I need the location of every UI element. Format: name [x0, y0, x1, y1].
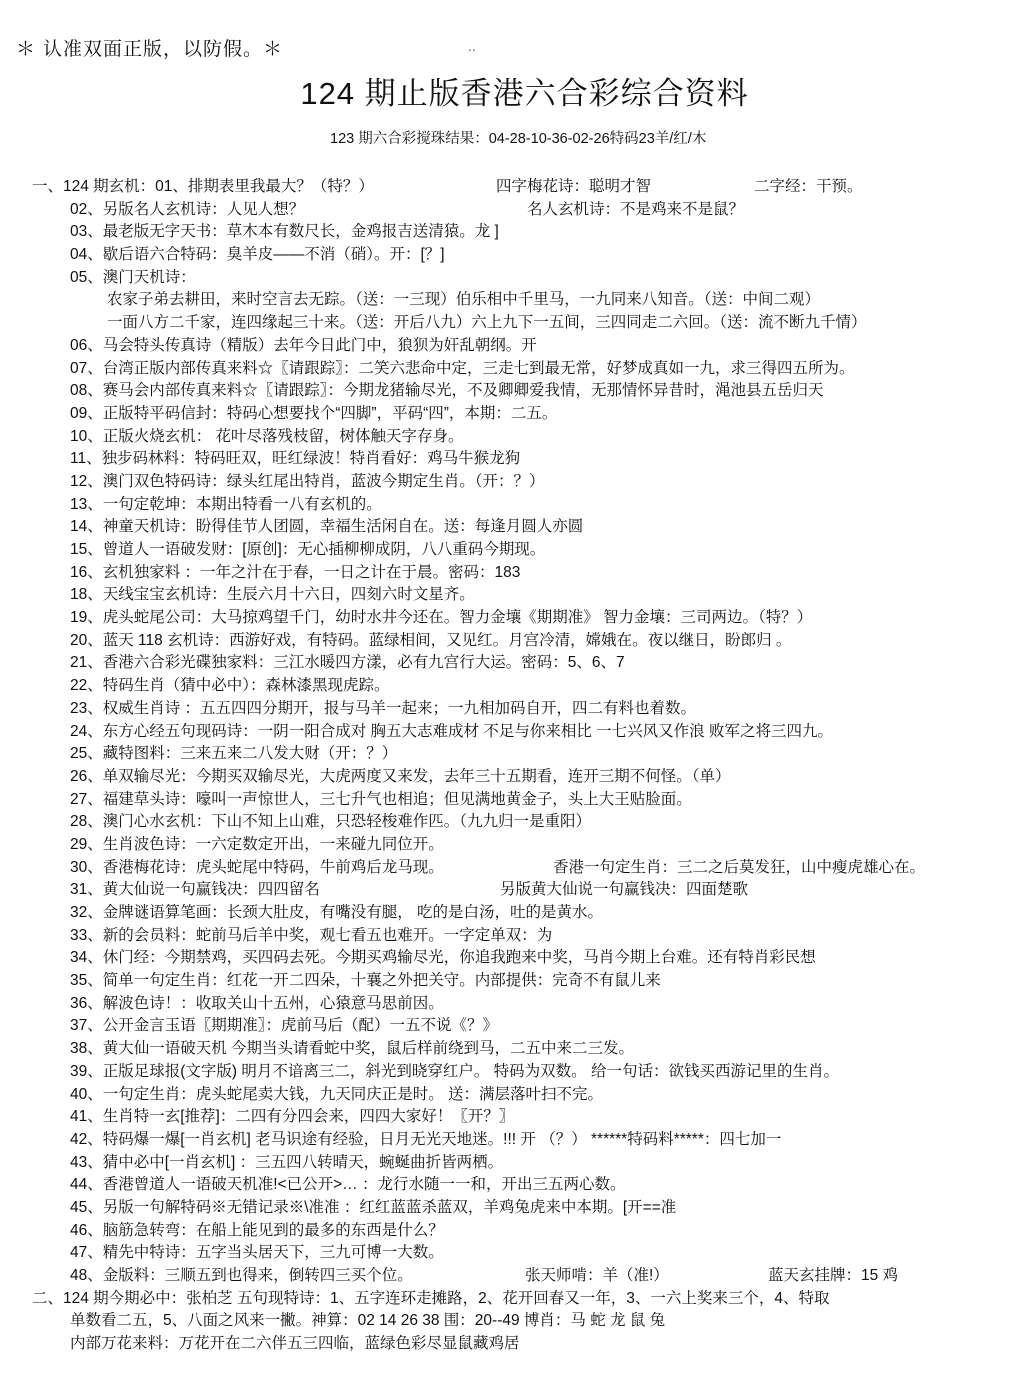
text-segment: 09、正版特平码信封：特码心想要找个“四脚”，平码“四”，本期：二五。: [70, 403, 557, 426]
text-line: 35、简单一句定生肖：红花一开二四朵，十襄之外把关守。内部提供：完奇不有鼠儿来: [0, 970, 1021, 993]
text-line: 06、马会特头传真诗（精版）去年今日此门中，狼狈为奸乱朝纲。开: [0, 335, 1021, 358]
text-line: 02、另版名人玄机诗：人见人想？名人玄机诗：不是鸡来不是鼠？: [0, 199, 1021, 222]
text-segment: 15、曾道人一语破发财：[原创]：无心插柳柳成阴，八八重码今期现。: [70, 539, 545, 562]
text-line: 04、歇后语六合特码：臭羊皮——不消（硝）。开：[？]: [0, 244, 1021, 267]
text-segment: 14、神童天机诗：盼得佳节人团圆，幸福生活闲自在。送：每逢月圆人亦圆: [70, 516, 583, 539]
text-segment: 单数看二五，5、八面之风来一撇。神算：02 14 26 38 围：20--49 …: [70, 1310, 665, 1333]
text-segment: 27、福建草头诗：嚎叫一声惊世人，三七升气也相追；但见满地黄金子，头上大王贴脸面…: [70, 789, 692, 812]
text-segment: 32、金牌谜语算笔画：长颈大肚皮，有嘴没有腿， 吃的是白汤，吐的是黄水。: [70, 902, 603, 925]
text-segment: 30、香港梅花诗：虎头蛇尾中特码，牛前鸡后龙马现。: [70, 857, 444, 880]
text-line: 一、124 期玄机：01、排期表里我最大？（特？）四字梅花诗：聪明才智二字经：干…: [0, 176, 1021, 199]
text-segment: 31、黄大仙说一句赢钱决：四四留名: [70, 879, 320, 902]
text-line: 单数看二五，5、八面之风来一撇。神算：02 14 26 38 围：20--49 …: [0, 1310, 1021, 1333]
text-segment: 蓝天玄挂牌：15 鸡: [768, 1265, 898, 1288]
text-line: 39、正版足球报(文字版) 明月不谙离三二，斜光到晓穿红户。 特码为双数。 给一…: [0, 1061, 1021, 1084]
text-segment: 16、玄机独家料 ：一年之汁在于春，一日之计在于晨。密码：183: [70, 562, 520, 585]
text-segment: 37、公开金言玉语〖期期准〗：虎前马后（配）一五不说《？》: [70, 1015, 498, 1038]
text-segment: 22、特码生肖（猜中必中）：森林漆黑现虎踪。: [70, 675, 390, 698]
text-segment: 张天师啃：羊（准!）: [525, 1265, 669, 1288]
text-line: 29、生肖波色诗：一六定数定开出，一来碰九同位开。: [0, 834, 1021, 857]
authenticity-note: ＊ 认准双面正版，以防假。＊: [16, 34, 283, 61]
text-line: 11、独步码林料：特码旺双，旺红绿波！特肖看好：鸡马牛猴龙狗: [0, 448, 1021, 471]
text-line: 12、澳门双色特码诗：绿头红尾出特肖，蓝波今期定生肖。（开：？）: [0, 471, 1021, 494]
text-segment: 20、蓝天 118 玄机诗：西游好戏，有特码。蓝绿相间，又见红。月宫冷清，嫦娥在…: [70, 630, 791, 653]
text-line: 43、猜中必中[一肖玄机] ：三五四八转晴天，蜿蜒曲折皆两栖。: [0, 1152, 1021, 1175]
text-line: 27、福建草头诗：嚎叫一声惊世人，三七升气也相追；但见满地黄金子，头上大王贴脸面…: [0, 789, 1021, 812]
text-line: 36、解波色诗！：收取关山十五州，心猿意马思前因。: [0, 993, 1021, 1016]
text-line: 37、公开金言玉语〖期期准〗：虎前马后（配）一五不说《？》: [0, 1015, 1021, 1038]
text-line: 07、台湾正版内部传真来料☆〖请跟踪〗：二笑六悲命中定，三走七到最无常，好梦成真…: [0, 358, 1021, 381]
text-line: 25、藏特图料：三来五来二八发大财（开：？）: [0, 743, 1021, 766]
text-segment: 内部万花来料：万花开在二六伴五三四临，蓝绿色彩尽显鼠藏鸡居: [70, 1333, 520, 1356]
text-segment: 40、一句定生肖：虎头蛇尾卖大钱，九天同庆正是时。 送：满层落叶扫不完。: [70, 1084, 603, 1107]
text-segment: 25、藏特图料：三来五来二八发大财（开：？）: [70, 743, 397, 766]
text-segment: 44、香港曾道人一语破天机准!<已公开>… ：龙行水随一一和，开出三五两心数。: [70, 1174, 625, 1197]
text-line: 28、澳门心水玄机：下山不知上山难，只恐轻梭难作匹。（九九归一是重阳）: [0, 811, 1021, 834]
text-line: 30、香港梅花诗：虎头蛇尾中特码，牛前鸡后龙马现。香港一句定生肖：三二之后莫发狂…: [0, 857, 1021, 880]
text-segment: 24、东方心经五句现码诗：一阴一阳合成对 胸五大志难成材 不足与你来相比 一七兴…: [70, 721, 833, 744]
text-line: 08、赛马会内部传真来料☆〖请跟踪〗：今期龙猪输尽光，不及卿卿爱我情，无那情怀异…: [0, 380, 1021, 403]
text-segment: 名人玄机诗：不是鸡来不是鼠？: [527, 199, 744, 222]
text-segment: 21、香港六合彩光碟独家料：三江水暖四方漾，必有九宫行大运。密码：5、6、7: [70, 652, 625, 675]
text-line: 19、虎头蛇尾公司：大马掠鸡望千门，幼时水井今还在。智力金壤《期期准》 智力金壤…: [0, 607, 1021, 630]
text-segment: 农家子弟去耕田，来时空言去无踪。（送：一三现）伯乐相中千里马，一九同来八知音。（…: [107, 289, 820, 312]
text-segment: 08、赛马会内部传真来料☆〖请跟踪〗：今期龙猪输尽光，不及卿卿爱我情，无那情怀异…: [70, 380, 824, 403]
text-segment: 43、猜中必中[一肖玄机] ：三五四八转晴天，蜿蜒曲折皆两栖。: [70, 1152, 503, 1175]
text-segment: 02、另版名人玄机诗：人见人想？: [70, 199, 304, 222]
text-line: 31、黄大仙说一句赢钱决：四四留名另版黄大仙说一句赢钱决：四面楚歌: [0, 879, 1021, 902]
text-line: 32、金牌谜语算笔画：长颈大肚皮，有嘴没有腿， 吃的是白汤，吐的是黄水。: [0, 902, 1021, 925]
decorative-dots: ..: [468, 40, 476, 54]
previous-draw-result: 123 期六合彩搅珠结果：04-28-10-36-02-26特码23羊/红/木: [330, 127, 706, 148]
text-line: 农家子弟去耕田，来时空言去无踪。（送：一三现）伯乐相中千里马，一九同来八知音。（…: [0, 289, 1021, 312]
text-segment: 一、124 期玄机：01、排期表里我最大？（特？）: [32, 176, 374, 199]
text-segment: 48、金版料：三顺五到也得来，倒转四三买个位。: [70, 1265, 413, 1288]
text-segment: 41、生肖特一玄[推荐]：二四有分四会来，四四大家好！〖开？〗: [70, 1106, 514, 1129]
text-segment: 29、生肖波色诗：一六定数定开出，一来碰九同位开。: [70, 834, 444, 857]
text-segment: 23、权威生肖诗 ：五五四四分期开，报与马羊一起来；一九相加码自开，四二有料也着…: [70, 698, 696, 721]
text-segment: 07、台湾正版内部传真来料☆〖请跟踪〗：二笑六悲命中定，三走七到最无常，好梦成真…: [70, 358, 855, 381]
text-line: 23、权威生肖诗 ：五五四四分期开，报与马羊一起来；一九相加码自开，四二有料也着…: [0, 698, 1021, 721]
text-line: 45、另版一句解特码※无错记录※\准准 ：红红蓝蓝杀蓝双，羊鸡兔虎来中本期。[开…: [0, 1197, 1021, 1220]
text-segment: 另版黄大仙说一句赢钱决：四面楚歌: [500, 879, 748, 902]
text-segment: 香港一句定生肖：三二之后莫发狂，山中瘦虎雄心在。: [553, 857, 925, 880]
text-line: 42、特码爆一爆[一肖玄机] 老马识途有经验，日月无光天地迷。!!! 开 （？）…: [0, 1129, 1021, 1152]
text-segment: 45、另版一句解特码※无错记录※\准准 ：红红蓝蓝杀蓝双，羊鸡兔虎来中本期。[开…: [70, 1197, 676, 1220]
text-line: 46、脑筋急转弯：在船上能见到的最多的东西是什么？: [0, 1220, 1021, 1243]
text-segment: 34、休门经：今期禁鸡，买四码去死。今期买鸡输尽光，你追我跑来中奖，马肖今期上台…: [70, 947, 816, 970]
text-line: 34、休门经：今期禁鸡，买四码去死。今期买鸡输尽光，你追我跑来中奖，马肖今期上台…: [0, 947, 1021, 970]
text-segment: 33、新的会员料：蛇前马后羊中奖，观七看五也难开。一字定单双：为: [70, 925, 552, 948]
text-line: 47、精先中特诗：五字当头居天下，三九可博一大数。: [0, 1242, 1021, 1265]
text-segment: 38、黄大仙一语破天机 今期当头请看蛇中奖，鼠后样前绕到马，二五中来二三发。: [70, 1038, 634, 1061]
text-line: 20、蓝天 118 玄机诗：西游好戏，有特码。蓝绿相间，又见红。月宫冷清，嫦娥在…: [0, 630, 1021, 653]
text-line: 15、曾道人一语破发财：[原创]：无心插柳柳成阴，八八重码今期现。: [0, 539, 1021, 562]
text-line: 05、澳门天机诗：: [0, 267, 1021, 290]
text-segment: 12、澳门双色特码诗：绿头红尾出特肖，蓝波今期定生肖。（开：？）: [70, 471, 545, 494]
text-line: 22、特码生肖（猜中必中）：森林漆黑现虎踪。: [0, 675, 1021, 698]
text-line: 16、玄机独家料 ：一年之汁在于春，一日之计在于晨。密码：183: [0, 562, 1021, 585]
text-line: 内部万花来料：万花开在二六伴五三四临，蓝绿色彩尽显鼠藏鸡居: [0, 1333, 1021, 1356]
text-line: 二、124 期今期必中：张柏芝 五句现特诗：1、五字连环走摊路，2、花开回春又一…: [0, 1288, 1021, 1311]
text-line: 13、一句定乾坤：本期出特看一八有玄机的。: [0, 494, 1021, 517]
text-segment: 四字梅花诗：聪明才智: [496, 176, 651, 199]
text-line: 48、金版料：三顺五到也得来，倒转四三买个位。张天师啃：羊（准!）蓝天玄挂牌：1…: [0, 1265, 1021, 1288]
text-segment: 26、单双输尽光：今期买双输尽光，大虎两度又来发，去年三十五期看，连开三期不何怪…: [70, 766, 731, 789]
text-line: 33、新的会员料：蛇前马后羊中奖，观七看五也难开。一字定单双：为: [0, 925, 1021, 948]
text-segment: 13、一句定乾坤：本期出特看一八有玄机的。: [70, 494, 382, 517]
text-segment: 05、澳门天机诗：: [70, 267, 196, 290]
text-segment: 18、天线宝宝玄机诗：生辰六月十六日，四刻六时文星齐。: [70, 584, 475, 607]
text-segment: 46、脑筋急转弯：在船上能见到的最多的东西是什么？: [70, 1220, 444, 1243]
content-lines: 一、124 期玄机：01、排期表里我最大？（特？）四字梅花诗：聪明才智二字经：干…: [0, 176, 1021, 1356]
text-segment: 11、独步码林料：特码旺双，旺红绿波！特肖看好：鸡马牛猴龙狗: [70, 448, 520, 471]
text-segment: 42、特码爆一爆[一肖玄机] 老马识途有经验，日月无光天地迷。!!! 开 （？）…: [70, 1129, 781, 1152]
text-line: 一面八方二千家，连四缘起三十来。（送：开后八九）六上九下一五间，三四同走二六回。…: [0, 312, 1021, 335]
text-segment: 04、歇后语六合特码：臭羊皮——不消（硝）。开：[？]: [70, 244, 445, 267]
text-line: 10、正版火烧玄机： 花叶尽落残枝留，树体触天字存身。: [0, 426, 1021, 449]
text-segment: 一面八方二千家，连四缘起三十来。（送：开后八九）六上九下一五间，三四同走二六回。…: [107, 312, 867, 335]
text-segment: 39、正版足球报(文字版) 明月不谙离三二，斜光到晓穿红户。 特码为双数。 给一…: [70, 1061, 839, 1084]
text-line: 38、黄大仙一语破天机 今期当头请看蛇中奖，鼠后样前绕到马，二五中来二三发。: [0, 1038, 1021, 1061]
text-segment: 47、精先中特诗：五字当头居天下，三九可博一大数。: [70, 1242, 444, 1265]
text-segment: 35、简单一句定生肖：红花一开二四朵，十襄之外把关守。内部提供：完奇不有鼠儿来: [70, 970, 661, 993]
text-segment: 28、澳门心水玄机：下山不知上山难，只恐轻梭难作匹。（九九归一是重阳）: [70, 811, 591, 834]
text-segment: 二字经：干预。: [754, 176, 863, 199]
page-title: 124 期止版香港六合彩综合资料: [0, 68, 1021, 113]
text-line: 41、生肖特一玄[推荐]：二四有分四会来，四四大家好！〖开？〗: [0, 1106, 1021, 1129]
text-line: 09、正版特平码信封：特码心想要找个“四脚”，平码“四”，本期：二五。: [0, 403, 1021, 426]
text-line: 26、单双输尽光：今期买双输尽光，大虎两度又来发，去年三十五期看，连开三期不何怪…: [0, 766, 1021, 789]
text-line: 24、东方心经五句现码诗：一阴一阳合成对 胸五大志难成材 不足与你来相比 一七兴…: [0, 721, 1021, 744]
text-line: 14、神童天机诗：盼得佳节人团圆，幸福生活闲自在。送：每逢月圆人亦圆: [0, 516, 1021, 539]
text-line: 03、最老版无字天书：草木本有数尺长，金鸡报吉送清猿。龙 ]: [0, 221, 1021, 244]
text-segment: 36、解波色诗！：收取关山十五州，心猿意马思前因。: [70, 993, 444, 1016]
text-line: 44、香港曾道人一语破天机准!<已公开>… ：龙行水随一一和，开出三五两心数。: [0, 1174, 1021, 1197]
text-segment: 19、虎头蛇尾公司：大马掠鸡望千门，幼时水井今还在。智力金壤《期期准》 智力金壤…: [70, 607, 812, 630]
text-segment: 06、马会特头传真诗（精版）去年今日此门中，狼狈为奸乱朝纲。开: [70, 335, 537, 358]
text-line: 18、天线宝宝玄机诗：生辰六月十六日，四刻六时文星齐。: [0, 584, 1021, 607]
text-segment: 二、124 期今期必中：张柏芝 五句现特诗：1、五字连环走摊路，2、花开回春又一…: [32, 1288, 829, 1311]
text-line: 21、香港六合彩光碟独家料：三江水暖四方漾，必有九宫行大运。密码：5、6、7: [0, 652, 1021, 675]
text-segment: 10、正版火烧玄机： 花叶尽落残枝留，树体触天字存身。: [70, 426, 464, 449]
text-line: 40、一句定生肖：虎头蛇尾卖大钱，九天同庆正是时。 送：满层落叶扫不完。: [0, 1084, 1021, 1107]
text-segment: 03、最老版无字天书：草木本有数尺长，金鸡报吉送清猿。龙 ]: [70, 221, 499, 244]
